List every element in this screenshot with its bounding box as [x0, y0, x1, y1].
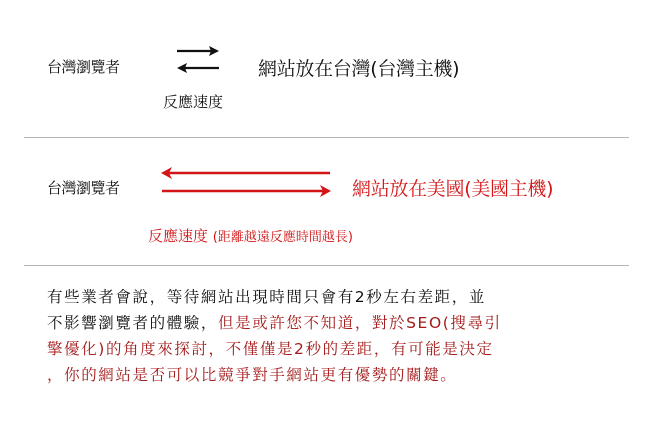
paragraph-line: ，你的網站是否可以比競爭對手網站更有優勢的關鍵。	[47, 362, 607, 388]
remote-browser-label: 台灣瀏覽者	[47, 177, 120, 198]
local-browser-label: 台灣瀏覽者	[47, 56, 120, 77]
paragraph-line: 擎優化)的角度來探討，不僅僅是2秒的差距，有可能是決定	[47, 336, 607, 362]
paragraph-highlight: 擎優化)的角度來探討，不僅僅是2秒的差距，有可能是決定	[47, 340, 494, 358]
remote-speed-note: (距離越遠反應時間越長)	[213, 230, 353, 245]
long-bidirectional-arrows-icon	[160, 163, 332, 197]
paragraph-text: 有些業者會說，等待網站出現時間只會有2秒左右差距，並	[47, 288, 486, 306]
local-speed-label: 反應速度	[163, 91, 223, 112]
paragraph-highlight: ，你的網站是否可以比競爭對手網站更有優勢的關鍵。	[47, 366, 457, 384]
paragraph-line: 有些業者會說，等待網站出現時間只會有2秒左右差距，並	[47, 284, 607, 310]
remote-speed-label: 反應速度	[148, 227, 208, 245]
divider-bottom	[24, 265, 629, 266]
divider-top	[24, 137, 629, 138]
paragraph-line: 不影響瀏覽者的體驗，但是或許您不知道，對於SEO(搜尋引	[47, 310, 607, 336]
explanation-paragraph: 有些業者會說，等待網站出現時間只會有2秒左右差距，並 不影響瀏覽者的體驗，但是或…	[47, 284, 607, 388]
paragraph-text: 不影響瀏覽者的體驗，	[47, 314, 218, 332]
paragraph-highlight: 但是或許您不知道，對於SEO(搜尋引	[218, 314, 502, 332]
remote-speed-caption: 反應速度 (距離越遠反應時間越長)	[148, 225, 353, 246]
remote-server-label: 網站放在美國(美國主機)	[352, 174, 553, 201]
local-server-label: 網站放在台灣(台灣主機)	[258, 54, 459, 81]
bidirectional-arrows-icon	[176, 42, 220, 76]
